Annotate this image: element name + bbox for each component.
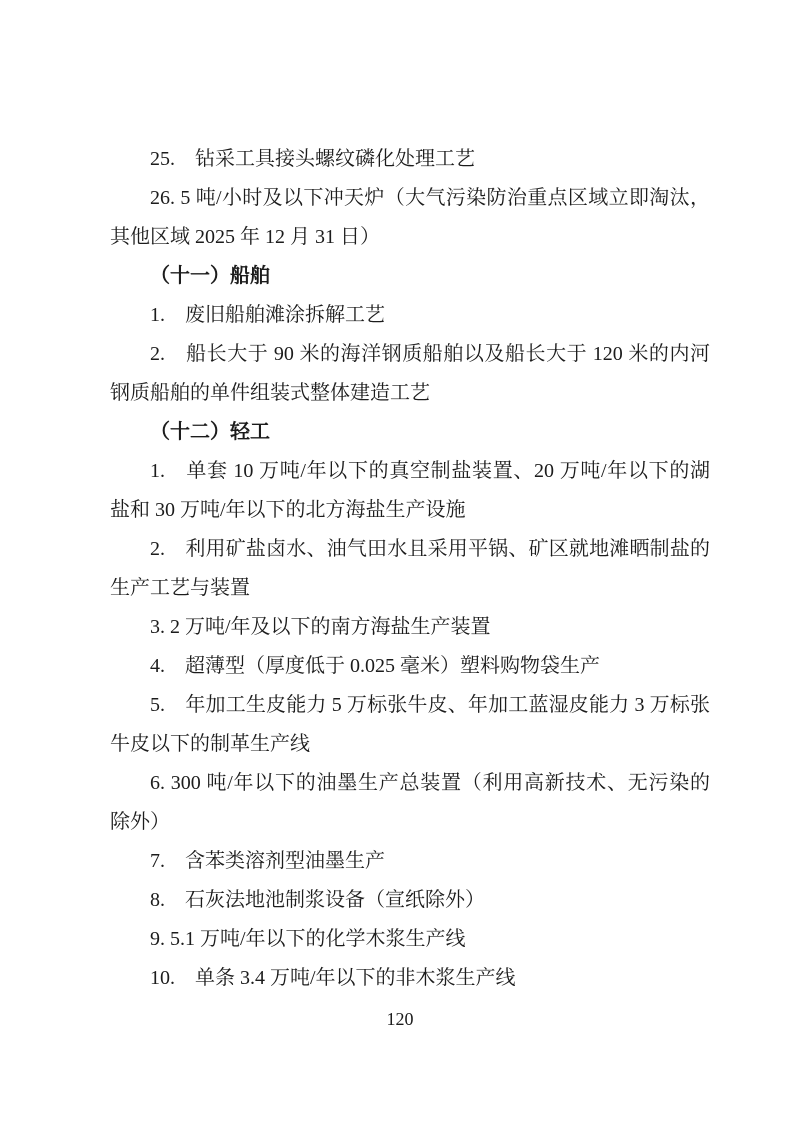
paragraph: 26. 5 吨/小时及以下冲天炉（大气污染防治重点区域立即淘汰，其他区域 202… <box>110 179 710 257</box>
paragraph: （十一）船舶 <box>110 257 710 296</box>
paragraph: 1. 单套 10 万吨/年以下的真空制盐装置、20 万吨/年以下的湖盐和 30 … <box>110 452 710 530</box>
document-body: 25. 钻采工具接头螺纹磷化处理工艺26. 5 吨/小时及以下冲天炉（大气污染防… <box>110 140 710 998</box>
paragraph: 3. 2 万吨/年及以下的南方海盐生产装置 <box>110 608 710 647</box>
paragraph: 2. 利用矿盐卤水、油气田水且采用平锅、矿区就地滩晒制盐的生产工艺与装置 <box>110 530 710 608</box>
paragraph: 1. 废旧船舶滩涂拆解工艺 <box>110 296 710 335</box>
paragraph: 7. 含苯类溶剂型油墨生产 <box>110 842 710 881</box>
paragraph: 6. 300 吨/年以下的油墨生产总装置（利用高新技术、无污染的除外） <box>110 764 710 842</box>
paragraph: 8. 石灰法地池制浆设备（宣纸除外） <box>110 881 710 920</box>
paragraph: 9. 5.1 万吨/年以下的化学木浆生产线 <box>110 920 710 959</box>
document-page: 25. 钻采工具接头螺纹磷化处理工艺26. 5 吨/小时及以下冲天炉（大气污染防… <box>0 0 800 1131</box>
page-number: 120 <box>0 1006 800 1032</box>
paragraph: （十二）轻工 <box>110 413 710 452</box>
paragraph: 4. 超薄型（厚度低于 0.025 毫米）塑料购物袋生产 <box>110 647 710 686</box>
paragraph: 25. 钻采工具接头螺纹磷化处理工艺 <box>110 140 710 179</box>
paragraph: 5. 年加工生皮能力 5 万标张牛皮、年加工蓝湿皮能力 3 万标张牛皮以下的制革… <box>110 686 710 764</box>
paragraph: 2. 船长大于 90 米的海洋钢质船舶以及船长大于 120 米的内河钢质船舶的单… <box>110 335 710 413</box>
paragraph: 10. 单条 3.4 万吨/年以下的非木浆生产线 <box>110 959 710 998</box>
